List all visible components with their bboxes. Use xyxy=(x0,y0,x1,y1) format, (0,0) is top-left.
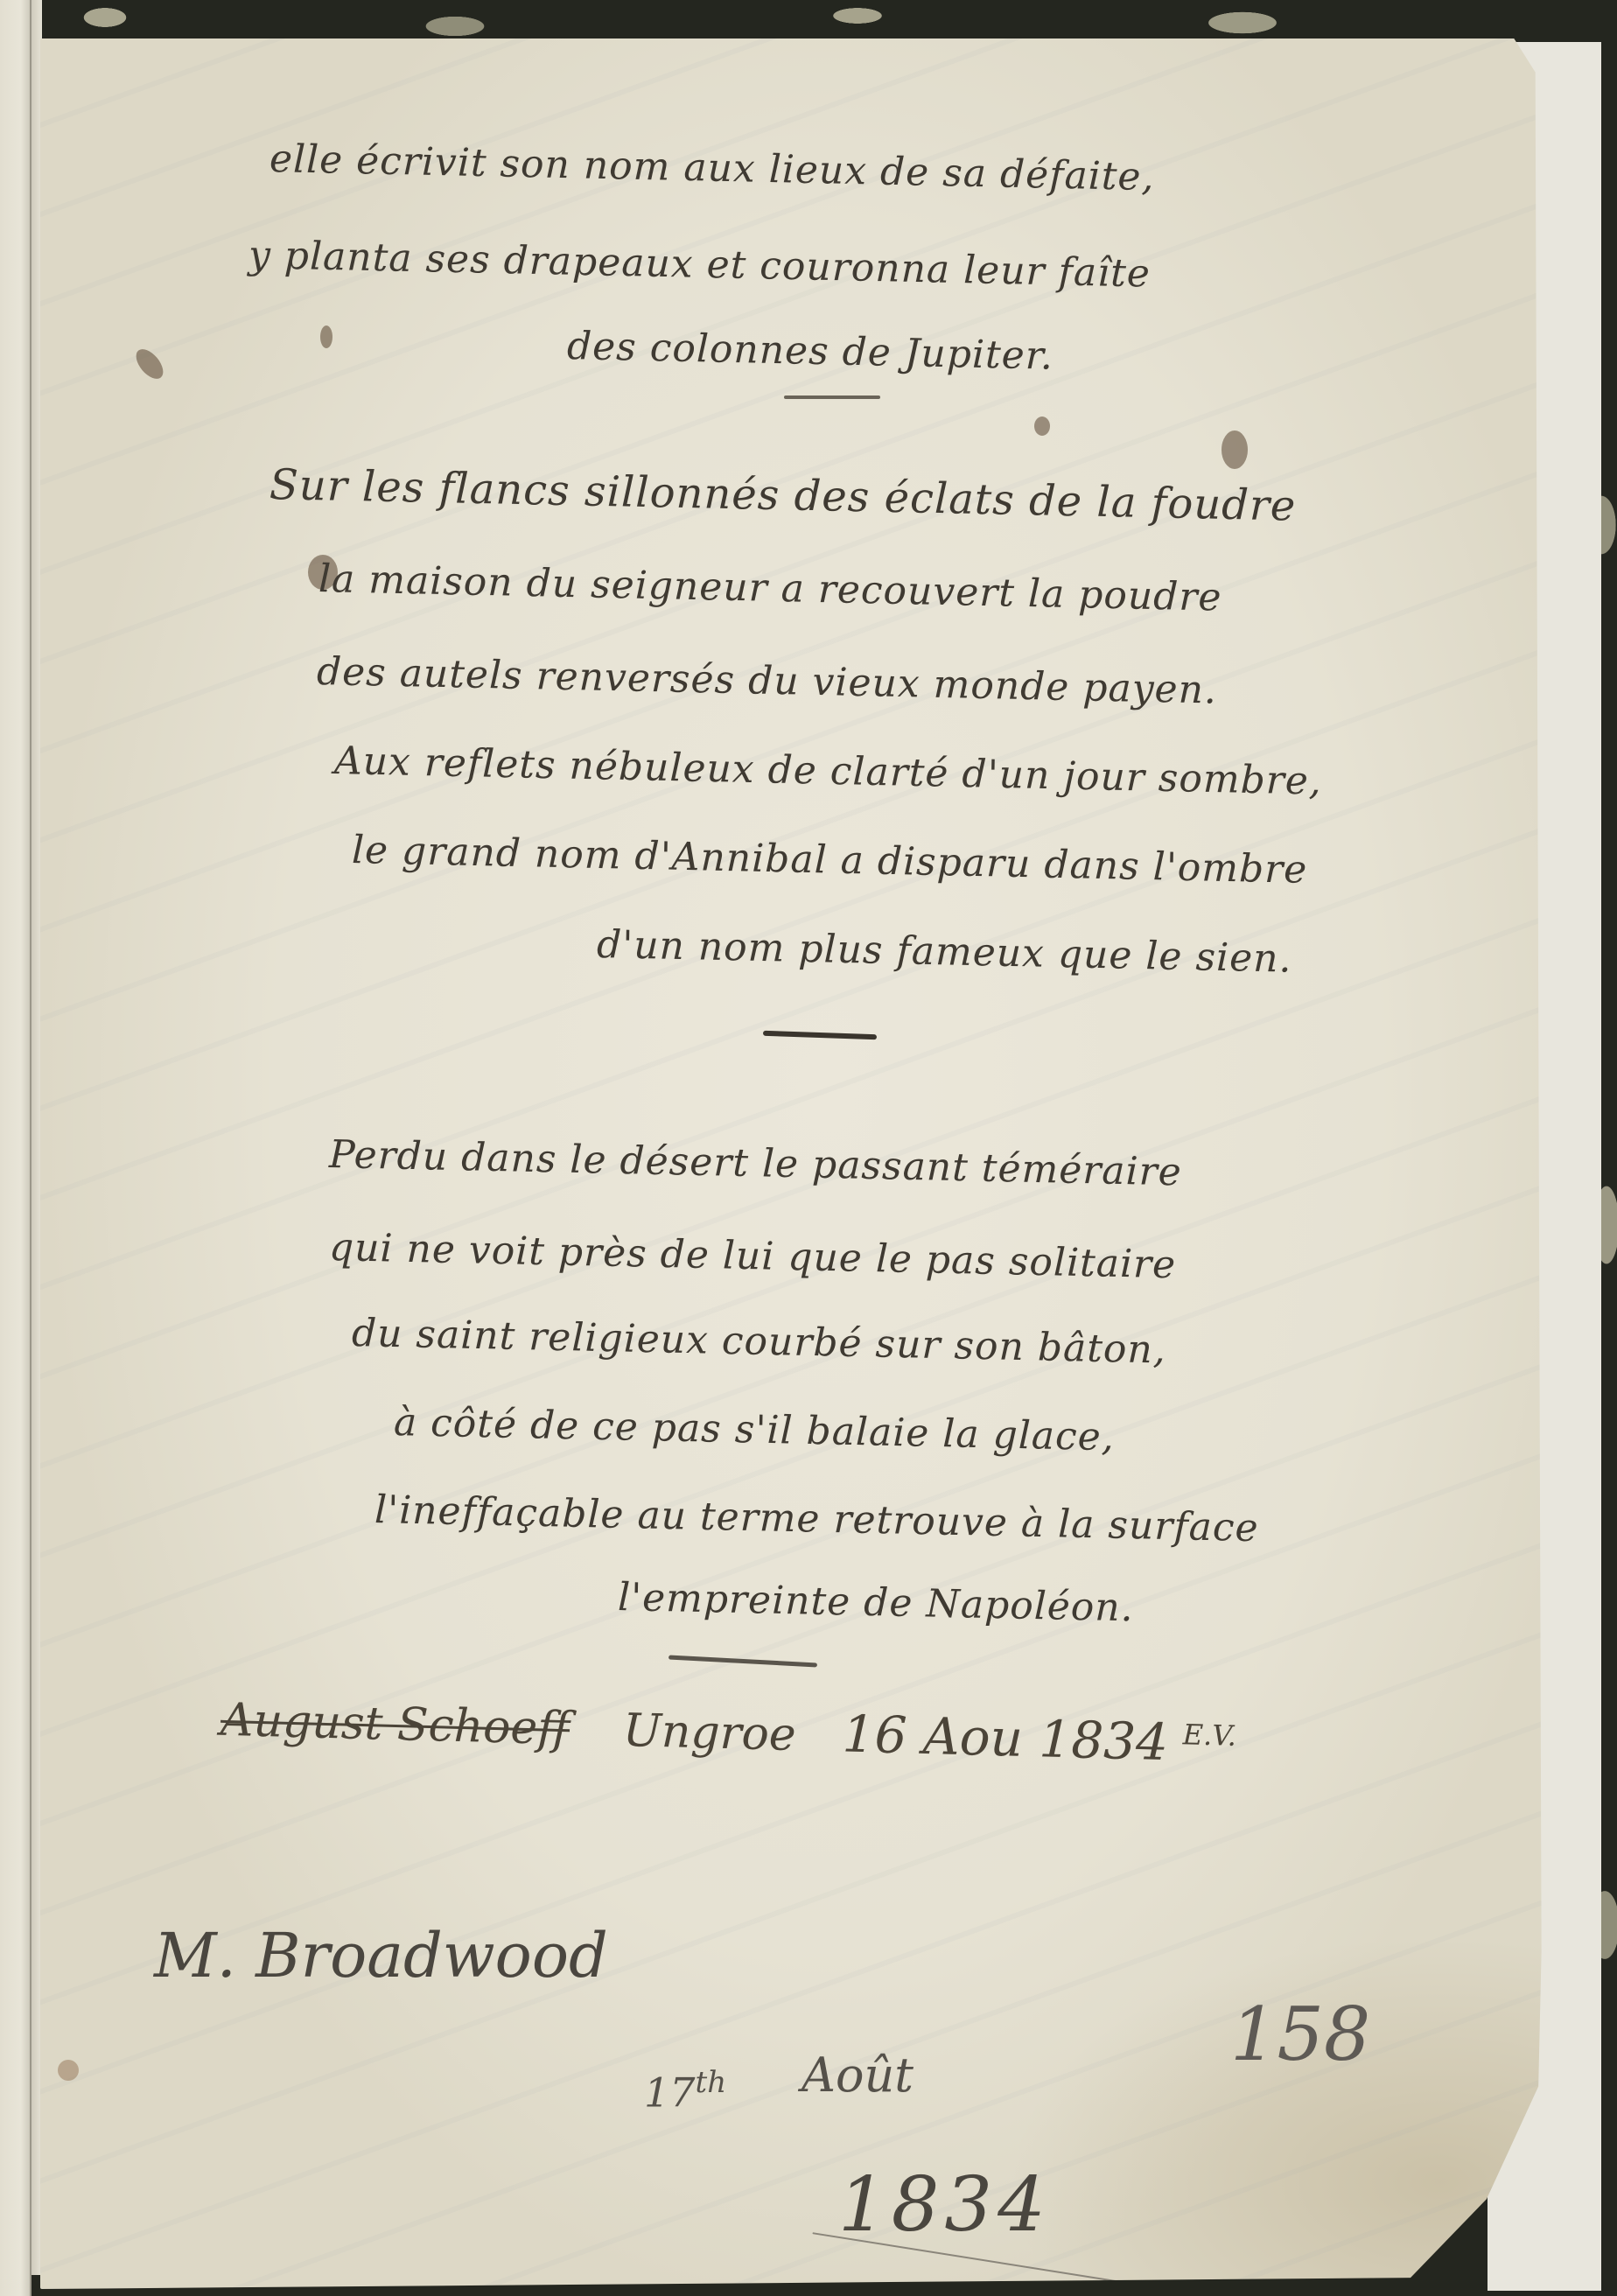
folio-number: 158 xyxy=(1230,1991,1370,2077)
signer-name: August Schoeff xyxy=(220,1694,570,1755)
facing-page-edge xyxy=(0,0,31,2296)
broadwood-year: 1834 xyxy=(838,2161,1051,2249)
signer-place: Ungroe xyxy=(622,1704,796,1761)
manuscript-page: elle écrivit son nom aux lieux de sa déf… xyxy=(40,38,1563,2289)
separator-dash xyxy=(784,395,880,399)
day-number: 17 xyxy=(644,2068,696,2116)
ink-blot xyxy=(58,2060,79,2081)
signature-date: 16 Aou 1834 xyxy=(842,1704,1169,1772)
signature-broadwood: M. Broadwood xyxy=(154,1920,608,1991)
broadwood-month: Août xyxy=(801,2047,913,2103)
ink-blot xyxy=(1034,416,1050,436)
day-suffix: th xyxy=(696,2065,727,2100)
ink-blot xyxy=(1221,430,1248,469)
signature-suffix: E.V. xyxy=(1182,1718,1236,1753)
ink-blot xyxy=(320,325,332,348)
broadwood-day: 17th xyxy=(644,2065,726,2116)
